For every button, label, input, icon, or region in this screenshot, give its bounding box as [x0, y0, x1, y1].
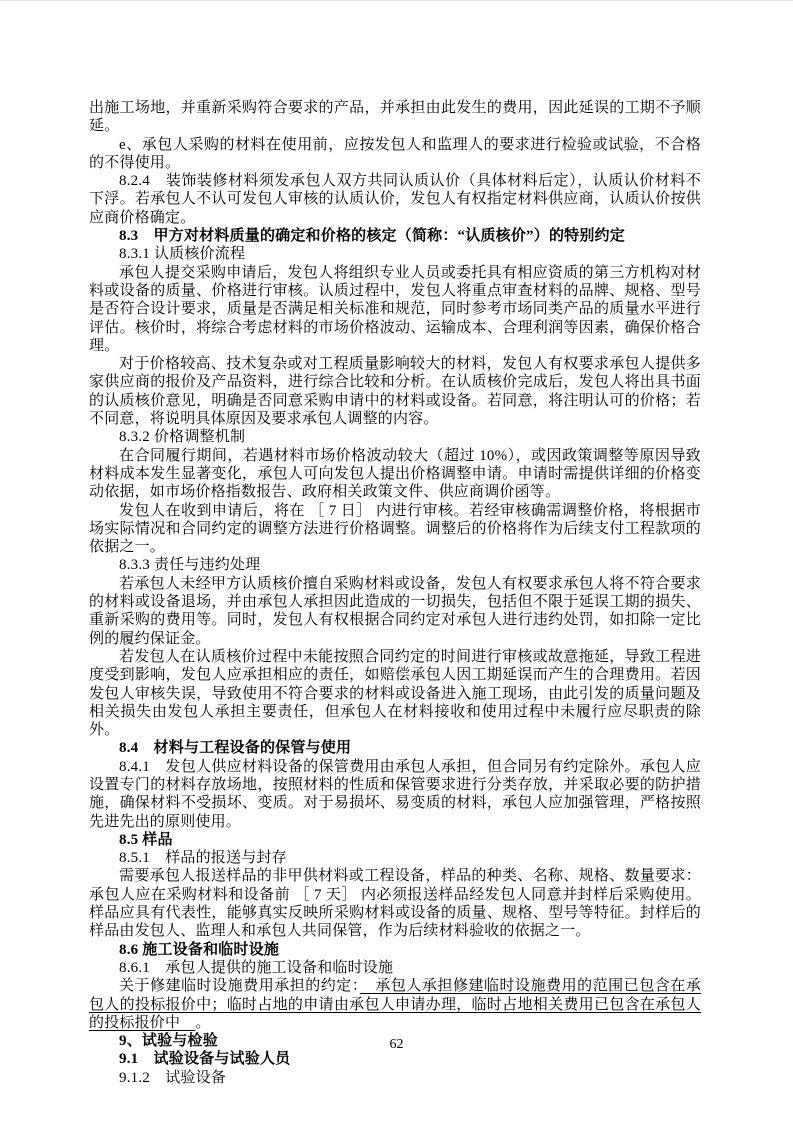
paragraph-carryover: 出施工场地，并重新采购符合要求的产品，并承担由此发生的费用，因此延误的工期不予顺… — [89, 99, 701, 136]
clause-8-4-1: 8.4.1 发包人供应材料设备的保管费用由承包人承担，但合同另有约定除外。承包人… — [89, 758, 701, 831]
section-heading-8-6: 8.6 施工设备和临时设施 — [89, 941, 701, 959]
clause-8-2-4: 8.2.4 装饰装修材料须发承包人双方共同认质认价（具体材料后定），认质认价材料… — [89, 172, 701, 227]
section-heading-8-3: 8.3 甲方对材料质量的确定和价格的核定（简称：“认质核价”）的特别约定 — [89, 227, 701, 245]
paragraph-8-3-1-a: 承包人提交采购申请后，发包人将组织专业人员或委托具有相应资质的第三方机构对材料或… — [89, 264, 701, 355]
paragraph-8-5-1: 需要承包人报送样品的非甲供材料或工程设备，样品的种类、名称、规格、数量要求：承包… — [89, 867, 701, 940]
document-body: 出施工场地，并重新采购符合要求的产品，并承担由此发生的费用，因此延误的工期不予顺… — [89, 99, 701, 1087]
subheading-8-3-1: 8.3.1 认质核价流程 — [89, 245, 701, 263]
section-heading-8-5: 8.5 样品 — [89, 831, 701, 849]
subheading-8-5-1: 8.5.1 样品的报送与封存 — [89, 849, 701, 867]
paragraph-8-3-2-a: 在合同履行期间，若遇材料市场价格波动较大（超过 10%），或因政策调整等原因导致… — [89, 447, 701, 502]
clause-temp-prefix: 关于修建临时设施费用承担的约定： — [119, 978, 360, 994]
paragraph-8-3-1-b: 对于价格较高、技术复杂或对工程质量影响较大的材料，发包人有权要求承包人提供多家供… — [89, 355, 701, 428]
paragraph-8-3-3-a: 若承包人未经甲方认质核价擅自采购材料或设备，发包人有权要求承包人将不符合要求的材… — [89, 575, 701, 648]
clause-temporary-facilities: 关于修建临时设施费用承担的约定： 承包人承担修建临时设施费用的范围已包含在承包人… — [89, 977, 701, 1032]
paragraph-8-3-3-b: 若发包人在认质核价过程中未能按照合同约定的时间进行审核或故意拖延，导致工程进度受… — [89, 648, 701, 739]
section-heading-8-4: 8.4 材料与工程设备的保管与使用 — [89, 739, 701, 757]
subheading-9-1-2: 9.1.2 试验设备 — [89, 1069, 701, 1087]
page-top-edge — [0, 0, 793, 1]
subheading-8-3-3: 8.3.3 责任与违约处理 — [89, 556, 701, 574]
paragraph-8-3-2-b: 发包人在收到申请后，将在 ［ 7 日］ 内进行审核。若经审核确需调整价格，将根据… — [89, 502, 701, 557]
subheading-8-3-2: 8.3.2 价格调整机制 — [89, 428, 701, 446]
page-number: 62 — [0, 1036, 793, 1053]
clause-item-e: e、承包人采购的材料在使用前，应按发包人和监理人的要求进行检验或试验，不合格的不… — [89, 136, 701, 173]
clause-temp-suffix: 。 — [195, 1015, 210, 1031]
section-heading-9-1: 9.1 试验设备与试验人员 — [89, 1050, 701, 1068]
contract-document-page: 出施工场地，并重新采购符合要求的产品，并承担由此发生的费用，因此延误的工期不予顺… — [0, 0, 793, 1122]
subheading-8-6-1: 8.6.1 承包人提供的施工设备和临时设施 — [89, 959, 701, 977]
